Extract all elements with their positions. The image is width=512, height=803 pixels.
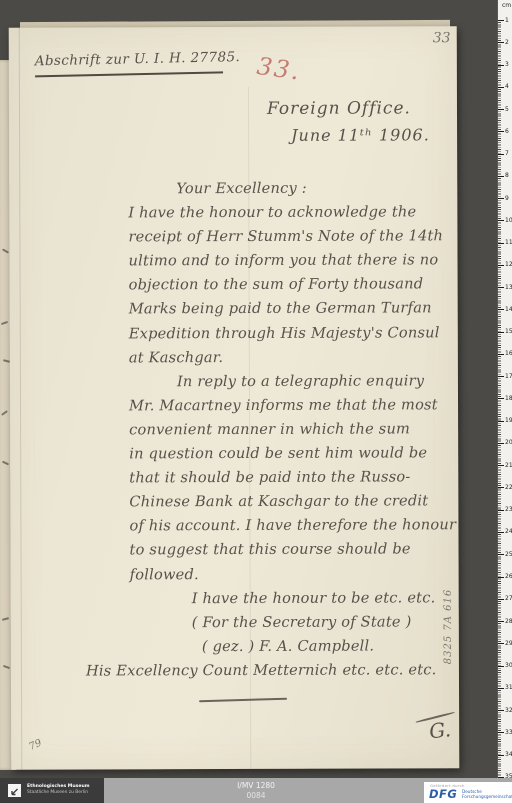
ruler-cm-tick bbox=[498, 398, 504, 399]
letter-line: Expedition through His Majesty's Consul bbox=[129, 321, 457, 346]
ruler-cm-tick bbox=[498, 87, 504, 88]
ruler-cm-tick bbox=[498, 109, 504, 110]
dfg-logo: DFG bbox=[429, 787, 457, 801]
ruler-cm-tick bbox=[498, 421, 504, 422]
ruler-cm-label: 15 bbox=[505, 329, 512, 335]
letter-line: In reply to a telegraphic enquiry bbox=[177, 369, 457, 394]
ruler-cm-label: 34 bbox=[505, 752, 512, 758]
ruler-cm-label: 13 bbox=[505, 285, 512, 291]
ruler-cm-label: 31 bbox=[505, 685, 512, 691]
paper-fold-line bbox=[19, 28, 23, 770]
letter-body: Your Excellency :I have the honour to ac… bbox=[84, 176, 458, 683]
ruler-cm-tick bbox=[498, 131, 504, 132]
folio-number-red: 33. bbox=[255, 52, 303, 86]
measurement-ruler: cm 1234567891011121314151617181920212223… bbox=[497, 0, 512, 778]
ruler-cm-label: 24 bbox=[505, 529, 512, 535]
ruler-cm-label: 27 bbox=[505, 596, 512, 602]
archive-reference-note: Abschrift zur U. I. H. 27785. bbox=[35, 49, 223, 77]
ruler-cm-label: 29 bbox=[505, 641, 512, 647]
letter-line: ultimo and to inform you that there is n… bbox=[128, 249, 456, 274]
ruler-cm-tick bbox=[498, 354, 504, 355]
ruler-cm-tick bbox=[498, 309, 504, 310]
dfg-funding-block: Gefördert durch DFG Deutsche Forschungsg… bbox=[424, 782, 512, 803]
ruler-cm-tick bbox=[498, 577, 504, 578]
ruler-cm-tick bbox=[498, 465, 504, 466]
ruler-cm-label: 6 bbox=[505, 129, 509, 135]
ink-mark bbox=[1, 410, 8, 416]
inventory-number-block: I/MV 1280 0084 bbox=[156, 781, 356, 800]
letter-line: I have the honour to be etc. etc. bbox=[192, 586, 458, 611]
letter-page: Abschrift zur U. I. H. 27785. 33. 33 For… bbox=[9, 26, 460, 770]
ruler-cm-tick bbox=[498, 176, 504, 177]
ruler-cm-label: 2 bbox=[505, 40, 509, 46]
letter-line: ( For the Secretary of State ) bbox=[192, 610, 458, 635]
ruler-cm-label: 28 bbox=[505, 619, 512, 625]
scan-caption-bar: Ethnologisches Museum Staatliche Museen … bbox=[0, 778, 512, 803]
ruler-cm-tick bbox=[498, 243, 504, 244]
ruler-cm-tick bbox=[498, 443, 504, 444]
ruler-cm-tick bbox=[498, 376, 504, 377]
ink-mark bbox=[1, 321, 8, 325]
ruler-cm-tick bbox=[498, 599, 504, 600]
ruler-cm-label: 22 bbox=[505, 485, 512, 491]
ruler-cm-label: 26 bbox=[505, 574, 512, 580]
closing-flourish-line bbox=[199, 698, 287, 703]
folio-number-pencil: 33 bbox=[433, 30, 451, 46]
ruler-cm-label: 5 bbox=[505, 107, 509, 113]
ruler-cm-label: 25 bbox=[505, 552, 512, 558]
corner-pencil-number: 79 bbox=[27, 738, 43, 753]
museum-logo-icon bbox=[8, 784, 21, 797]
ruler-cm-label: 32 bbox=[505, 708, 512, 714]
ruler-cm-tick bbox=[498, 332, 504, 333]
ruler-cm-label: 12 bbox=[505, 262, 512, 268]
letter-line: in question could be sent him would be bbox=[129, 441, 457, 466]
scan-sequence-number: 0084 bbox=[156, 791, 356, 800]
letter-line: that it should be paid into the Russo- bbox=[129, 465, 457, 490]
letter-line: receipt of Herr Stumm's Note of the 14th bbox=[128, 224, 456, 249]
ruler-cm-tick bbox=[498, 755, 504, 756]
ruler-cm-tick bbox=[498, 621, 504, 622]
inventory-number: I/MV 1280 bbox=[156, 781, 356, 791]
ruler-cm-tick bbox=[498, 710, 504, 711]
clerk-initial-mark: G. bbox=[428, 717, 452, 743]
letter-line: Your Excellency : bbox=[176, 176, 456, 201]
ruler-unit-label: cm bbox=[502, 2, 511, 9]
letter-line: I have the honour to acknowledge the bbox=[128, 200, 456, 225]
ruler-cm-label: 8 bbox=[505, 173, 509, 179]
letter-line: followed. bbox=[130, 562, 458, 587]
ruler-cm-label: 14 bbox=[505, 307, 512, 313]
ruler-cm-tick bbox=[498, 154, 504, 155]
letter-line: Mr. Macartney informs me that the most bbox=[129, 393, 457, 418]
ruler-cm-label: 33 bbox=[505, 730, 512, 736]
ink-mark bbox=[2, 461, 9, 466]
ruler-cm-tick bbox=[498, 20, 504, 21]
ruler-cm-tick bbox=[498, 643, 504, 644]
ruler-cm-label: 30 bbox=[505, 663, 512, 669]
ink-mark bbox=[2, 248, 9, 253]
ruler-cm-tick bbox=[498, 65, 504, 66]
ruler-cm-label: 9 bbox=[505, 196, 509, 202]
ruler-cm-label: 17 bbox=[505, 374, 512, 380]
ruler-cm-tick bbox=[498, 532, 504, 533]
scanned-document-page: Abschrift zur U. I. H. 27785. 33. 33 For… bbox=[0, 0, 512, 803]
letter-date: June 11ᵗʰ 1906. bbox=[291, 125, 430, 144]
letterhead-office: Foreign Office. bbox=[267, 98, 411, 119]
museum-parent-org: Staatliche Museen zu Berlin bbox=[27, 790, 90, 796]
letter-line: to suggest that this course should be bbox=[129, 538, 457, 563]
ruler-cm-label: 4 bbox=[505, 84, 509, 90]
ruler-cm-label: 3 bbox=[505, 62, 509, 68]
ruler-cm-tick bbox=[498, 666, 504, 667]
ruler-cm-label: 7 bbox=[505, 151, 509, 157]
ink-mark bbox=[3, 665, 10, 669]
ruler-cm-tick bbox=[498, 198, 504, 199]
ruler-cm-tick bbox=[498, 487, 504, 488]
letter-line: at Kaschgar. bbox=[129, 345, 457, 370]
letter-line: Chinese Bank at Kaschgar to the credit bbox=[129, 489, 457, 514]
ruler-cm-label: 20 bbox=[505, 440, 512, 446]
ruler-cm-tick bbox=[498, 554, 504, 555]
ruler-cm-label: 10 bbox=[505, 218, 512, 224]
ruler-cm-tick bbox=[498, 265, 504, 266]
letter-line: of his account. I have therefore the hon… bbox=[129, 514, 457, 539]
ruler-cm-label: 18 bbox=[505, 396, 512, 402]
museum-credit-block: Ethnologisches Museum Staatliche Museen … bbox=[0, 778, 104, 803]
ruler-cm-tick bbox=[498, 220, 504, 221]
dfg-full-name: Deutsche Forschungsgemeinschaft bbox=[462, 789, 512, 799]
ruler-cm-tick bbox=[498, 732, 504, 733]
ruler-cm-label: 11 bbox=[505, 240, 512, 246]
ruler-cm-label: 21 bbox=[505, 463, 512, 469]
letter-line: objection to the sum of Forty thousand bbox=[129, 273, 457, 298]
ruler-cm-tick bbox=[498, 688, 504, 689]
ruler-cm-label: 1 bbox=[505, 18, 509, 24]
dfg-name-line2: Forschungsgemeinschaft bbox=[462, 794, 512, 799]
ruler-cm-tick bbox=[498, 510, 504, 511]
margin-note-vertical: 8325 7A 616 bbox=[379, 648, 512, 664]
ruler-cm-label: 19 bbox=[505, 418, 512, 424]
ink-mark bbox=[2, 617, 9, 621]
letter-line: convenient manner in which the sum bbox=[129, 417, 457, 442]
letter-line: Marks being paid to the German Turfan bbox=[129, 297, 457, 322]
ruler-cm-tick bbox=[498, 287, 504, 288]
ruler-cm-label: 16 bbox=[505, 351, 512, 357]
ruler-cm-label: 23 bbox=[505, 507, 512, 513]
ruler-cm-tick bbox=[498, 42, 504, 43]
